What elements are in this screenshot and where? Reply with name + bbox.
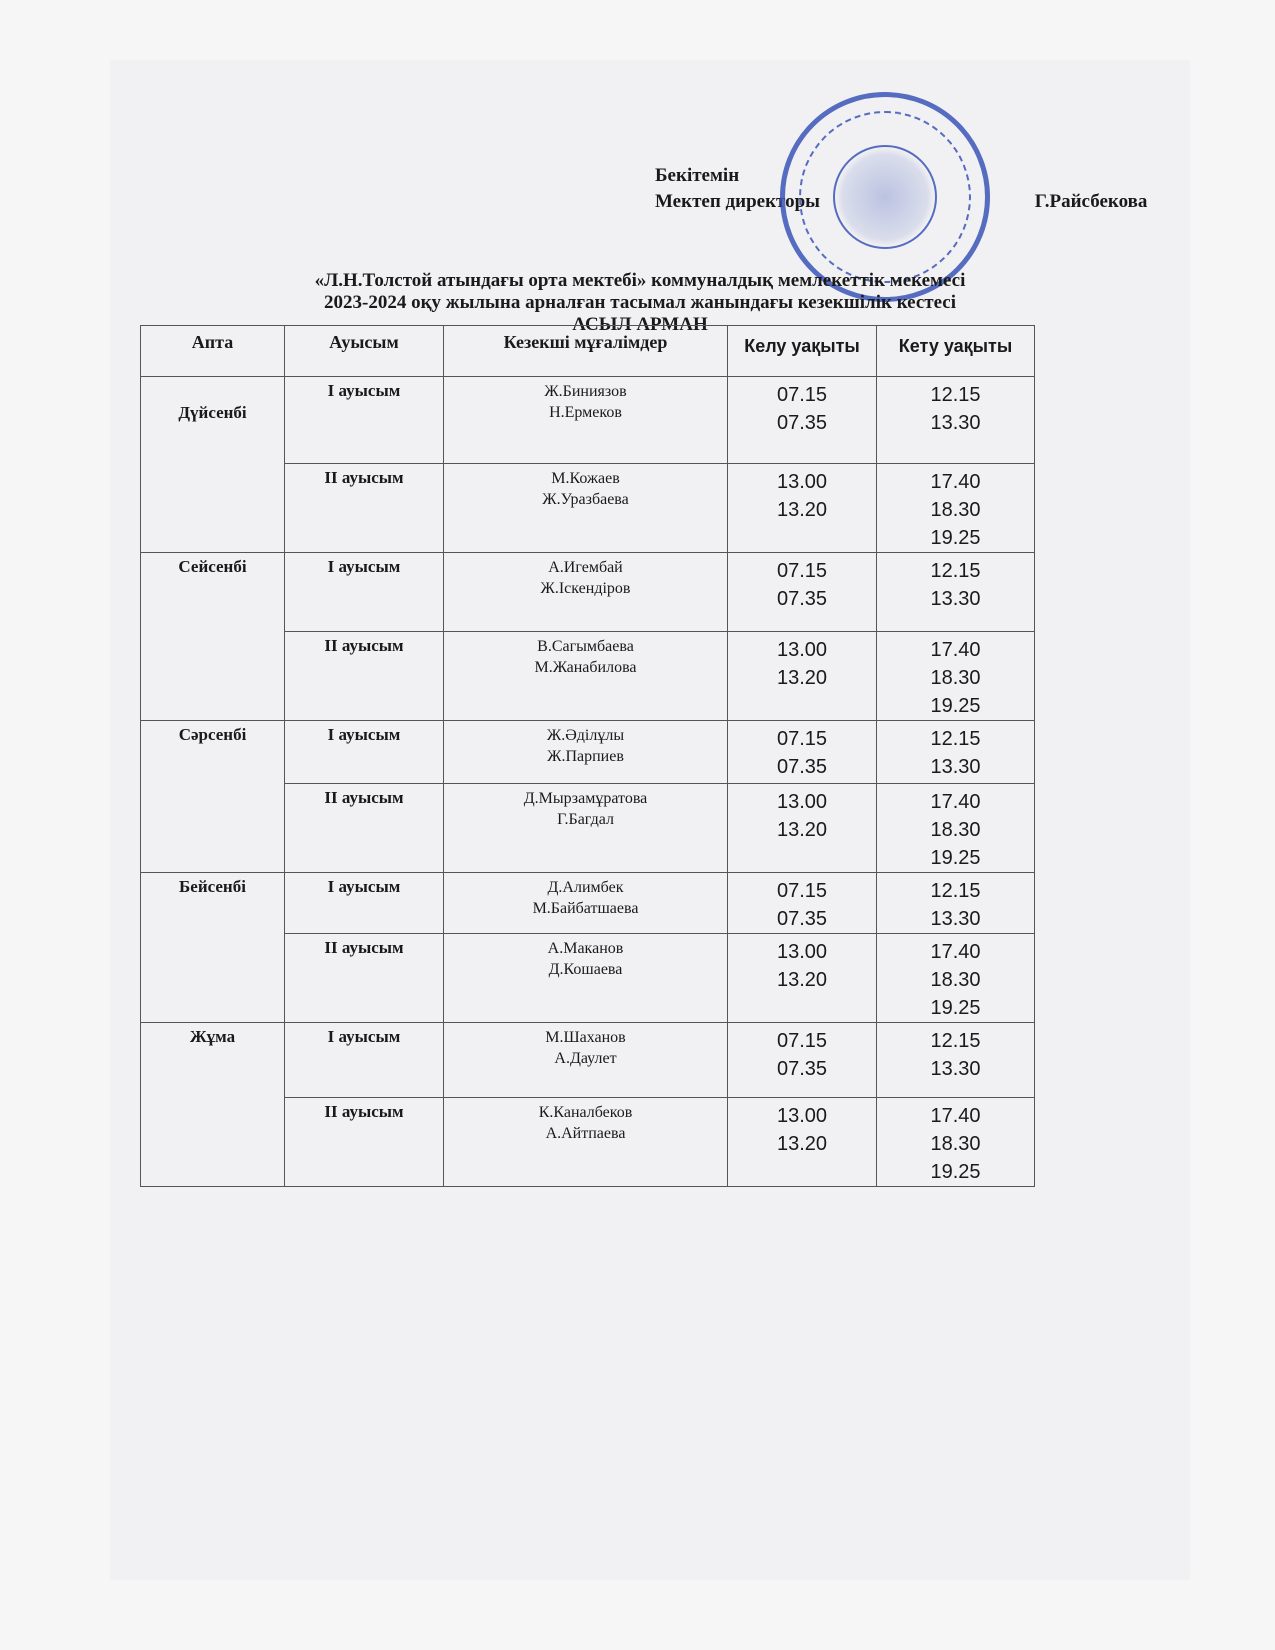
table-row: БейсенбіI ауысымД.АлимбекМ.Байбатшаева07… [141, 873, 1035, 934]
teachers-line: М.Шаханов [448, 1027, 723, 1048]
col-header-arrival: Келу уақыты [728, 326, 877, 377]
teachers-cell: В.СагымбаеваМ.Жанабилова [444, 632, 728, 721]
arrival-line: 13.00 [732, 636, 872, 664]
teachers-cell: Ж.ӘділұлыЖ.Парпиев [444, 721, 728, 784]
departure-line: 17.40 [881, 938, 1030, 966]
departure-line: 19.25 [881, 994, 1030, 1022]
table-header-row: Апта Ауысым Кезекші мұғалімдер Келу уақы… [141, 326, 1035, 377]
departure-line: 12.15 [881, 557, 1030, 585]
arrival-line: 07.15 [732, 877, 872, 905]
departure-line: 19.25 [881, 844, 1030, 872]
arrival-line: 13.00 [732, 468, 872, 496]
arrival-cell: 07.1507.35 [728, 873, 877, 934]
departure-line: 13.30 [881, 1055, 1030, 1083]
departure-line: 18.30 [881, 966, 1030, 994]
arrival-line: 13.20 [732, 1130, 872, 1158]
day-cell: Жұма [141, 1023, 285, 1187]
arrival-cell: 13.0013.20 [728, 632, 877, 721]
departure-cell: 17.4018.3019.25 [877, 464, 1035, 553]
shift-cell: I ауысым [285, 1023, 444, 1098]
shift-cell: II ауысым [285, 1098, 444, 1187]
shift-cell: II ауысым [285, 632, 444, 721]
arrival-line: 07.35 [732, 409, 872, 437]
shift-cell: I ауысым [285, 553, 444, 632]
departure-line: 19.25 [881, 524, 1030, 552]
teachers-line: Ж.Уразбаева [448, 489, 723, 510]
shift-cell: I ауысым [285, 873, 444, 934]
arrival-line: 13.20 [732, 816, 872, 844]
teachers-cell: А.ИгембайЖ.Іскендіров [444, 553, 728, 632]
departure-line: 19.25 [881, 1158, 1030, 1186]
arrival-cell: 13.0013.20 [728, 934, 877, 1023]
table-row: ЖұмаI ауысымМ.ШахановА.Даулет07.1507.351… [141, 1023, 1035, 1098]
arrival-cell: 07.1507.35 [728, 1023, 877, 1098]
teachers-line: Ж.Әділұлы [448, 725, 723, 746]
shift-cell: II ауысым [285, 934, 444, 1023]
table-row: ДүйсенбіI ауысымЖ.БиниязовН.Ермеков07.15… [141, 377, 1035, 464]
teachers-line: М.Байбатшаева [448, 898, 723, 919]
col-header-shift: Ауысым [285, 326, 444, 377]
arrival-line: 07.15 [732, 381, 872, 409]
departure-cell: 12.1513.30 [877, 721, 1035, 784]
departure-line: 12.15 [881, 725, 1030, 753]
arrival-line: 07.15 [732, 725, 872, 753]
departure-line: 13.30 [881, 905, 1030, 933]
teachers-line: М.Жанабилова [448, 657, 723, 678]
teachers-line: Д.Мырзамұратова [448, 788, 723, 809]
arrival-line: 07.35 [732, 753, 872, 781]
col-header-teachers: Кезекші мұғалімдер [444, 326, 728, 377]
approval-name: Г.Райсбекова [1035, 191, 1148, 212]
departure-line: 13.30 [881, 409, 1030, 437]
shift-cell: II ауысым [285, 784, 444, 873]
table-row: СейсенбіI ауысымА.ИгембайЖ.Іскендіров07.… [141, 553, 1035, 632]
teachers-cell: К.КаналбековА.Айтпаева [444, 1098, 728, 1187]
teachers-line: Ж.Іскендіров [448, 578, 723, 599]
teachers-line: Н.Ермеков [448, 402, 723, 423]
departure-line: 13.30 [881, 585, 1030, 613]
arrival-line: 07.35 [732, 1055, 872, 1083]
schedule-title: 2023-2024 оқу жылына арналған тасымал жа… [200, 292, 1080, 314]
departure-line: 18.30 [881, 816, 1030, 844]
arrival-line: 13.00 [732, 788, 872, 816]
departure-cell: 17.4018.3019.25 [877, 934, 1035, 1023]
teachers-line: А.Даулет [448, 1048, 723, 1069]
departure-line: 12.15 [881, 877, 1030, 905]
arrival-line: 13.20 [732, 664, 872, 692]
arrival-line: 07.15 [732, 557, 872, 585]
departure-line: 12.15 [881, 381, 1030, 409]
arrival-line: 07.35 [732, 905, 872, 933]
arrival-line: 07.15 [732, 1027, 872, 1055]
departure-line: 17.40 [881, 636, 1030, 664]
departure-line: 18.30 [881, 496, 1030, 524]
col-header-week: Апта [141, 326, 285, 377]
shift-cell: II ауысым [285, 464, 444, 553]
departure-cell: 17.4018.3019.25 [877, 632, 1035, 721]
departure-line: 17.40 [881, 788, 1030, 816]
day-cell: Сәрсенбі [141, 721, 285, 873]
arrival-cell: 13.0013.20 [728, 464, 877, 553]
departure-line: 13.30 [881, 753, 1030, 781]
teachers-line: Д.Кошаева [448, 959, 723, 980]
departure-line: 12.15 [881, 1027, 1030, 1055]
teachers-line: Г.Багдал [448, 809, 723, 830]
table-row: СәрсенбіI ауысымЖ.ӘділұлыЖ.Парпиев07.150… [141, 721, 1035, 784]
departure-line: 19.25 [881, 692, 1030, 720]
teachers-line: В.Сагымбаева [448, 636, 723, 657]
teachers-line: Ж.Биниязов [448, 381, 723, 402]
departure-cell: 12.1513.30 [877, 1023, 1035, 1098]
teachers-line: А.Маканов [448, 938, 723, 959]
teachers-cell: Ж.БиниязовН.Ермеков [444, 377, 728, 464]
teachers-line: М.Кожаев [448, 468, 723, 489]
departure-cell: 17.4018.3019.25 [877, 1098, 1035, 1187]
departure-line: 18.30 [881, 1130, 1030, 1158]
teachers-cell: Д.АлимбекМ.Байбатшаева [444, 873, 728, 934]
teachers-line: Д.Алимбек [448, 877, 723, 898]
teachers-cell: М.КожаевЖ.Уразбаева [444, 464, 728, 553]
departure-cell: 12.1513.30 [877, 873, 1035, 934]
teachers-line: Ж.Парпиев [448, 746, 723, 767]
arrival-line: 13.20 [732, 966, 872, 994]
duty-schedule-table: Апта Ауысым Кезекші мұғалімдер Келу уақы… [140, 325, 1035, 1187]
teachers-cell: Д.МырзамұратоваГ.Багдал [444, 784, 728, 873]
arrival-cell: 07.1507.35 [728, 553, 877, 632]
day-cell: Бейсенбі [141, 873, 285, 1023]
day-cell: Сейсенбі [141, 553, 285, 721]
shift-cell: I ауысым [285, 377, 444, 464]
arrival-cell: 13.0013.20 [728, 1098, 877, 1187]
arrival-cell: 07.1507.35 [728, 721, 877, 784]
shift-cell: I ауысым [285, 721, 444, 784]
arrival-line: 13.20 [732, 496, 872, 524]
departure-cell: 17.4018.3019.25 [877, 784, 1035, 873]
departure-line: 18.30 [881, 664, 1030, 692]
arrival-line: 13.00 [732, 938, 872, 966]
departure-cell: 12.1513.30 [877, 553, 1035, 632]
departure-line: 17.40 [881, 1102, 1030, 1130]
teachers-line: А.Айтпаева [448, 1123, 723, 1144]
arrival-cell: 13.0013.20 [728, 784, 877, 873]
arrival-cell: 07.1507.35 [728, 377, 877, 464]
arrival-line: 07.35 [732, 585, 872, 613]
teachers-line: К.Каналбеков [448, 1102, 723, 1123]
departure-line: 17.40 [881, 468, 1030, 496]
arrival-line: 13.00 [732, 1102, 872, 1130]
teachers-line: А.Игембай [448, 557, 723, 578]
departure-cell: 12.1513.30 [877, 377, 1035, 464]
teachers-cell: М.ШахановА.Даулет [444, 1023, 728, 1098]
teachers-cell: А.МакановД.Кошаева [444, 934, 728, 1023]
day-cell: Дүйсенбі [141, 377, 285, 553]
institution-title: «Л.Н.Толстой атындағы орта мектебі» комм… [200, 270, 1080, 292]
col-header-departure: Кету уақыты [877, 326, 1035, 377]
